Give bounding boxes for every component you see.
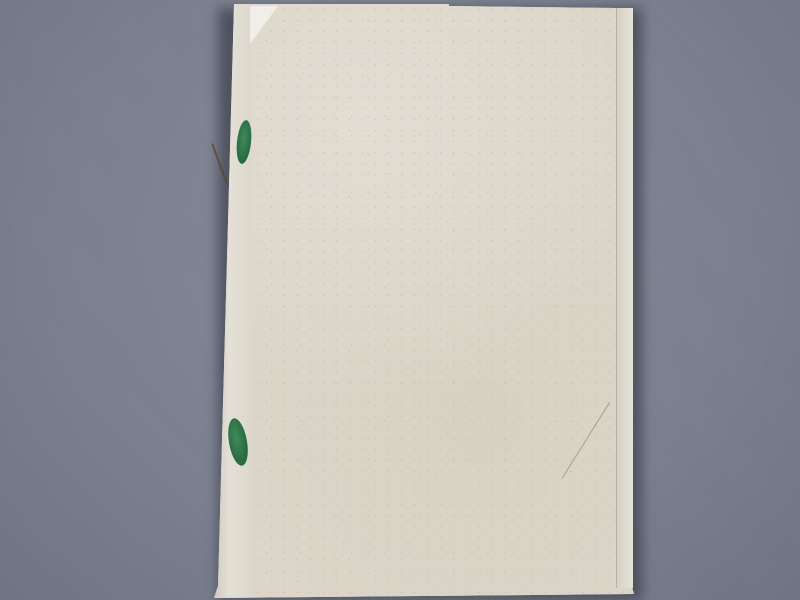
- book: [214, 4, 634, 598]
- folded-corner: [250, 6, 278, 44]
- page-edge: [616, 8, 633, 588]
- book-cover: [252, 4, 634, 598]
- paper-texture: [252, 4, 634, 598]
